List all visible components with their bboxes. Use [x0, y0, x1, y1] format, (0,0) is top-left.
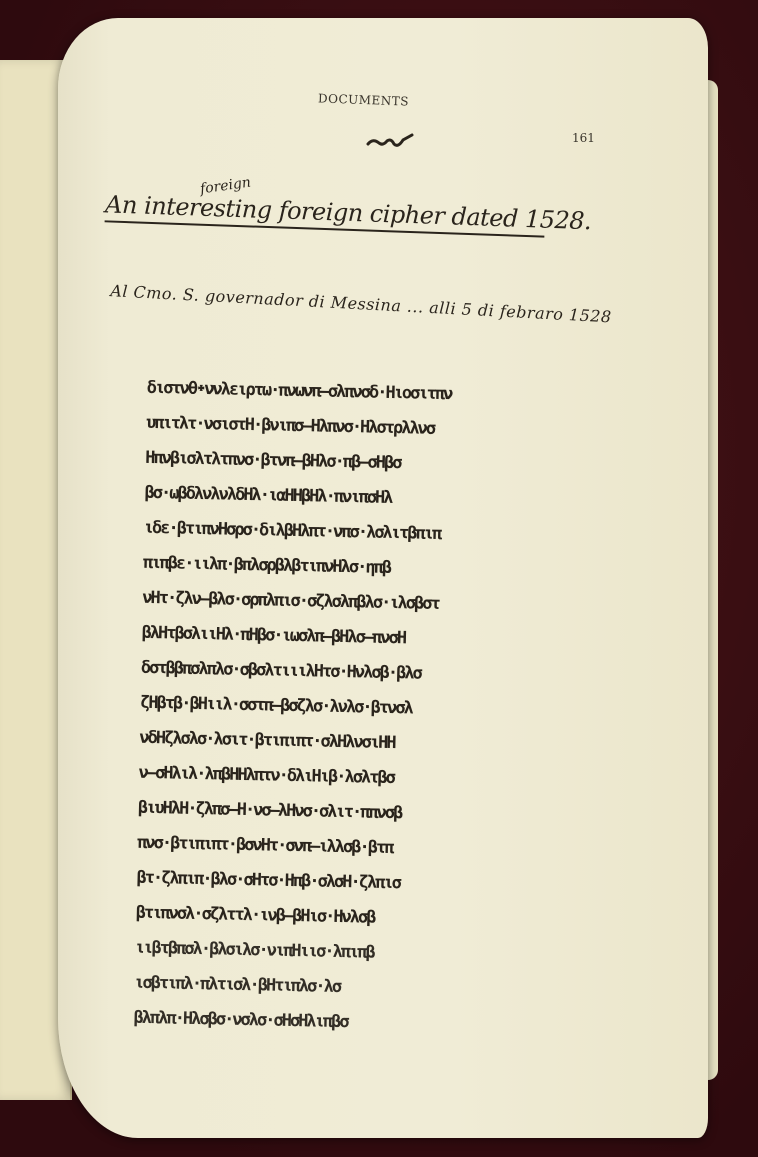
ink-flourish-icon [365, 132, 415, 152]
page-number: 161 [572, 131, 595, 145]
cipher-text-block: διστνθ᛭ννλειρτω·πνωνπ—σλπνσδ·Ηιοσιτπν υπ… [133, 373, 647, 1048]
